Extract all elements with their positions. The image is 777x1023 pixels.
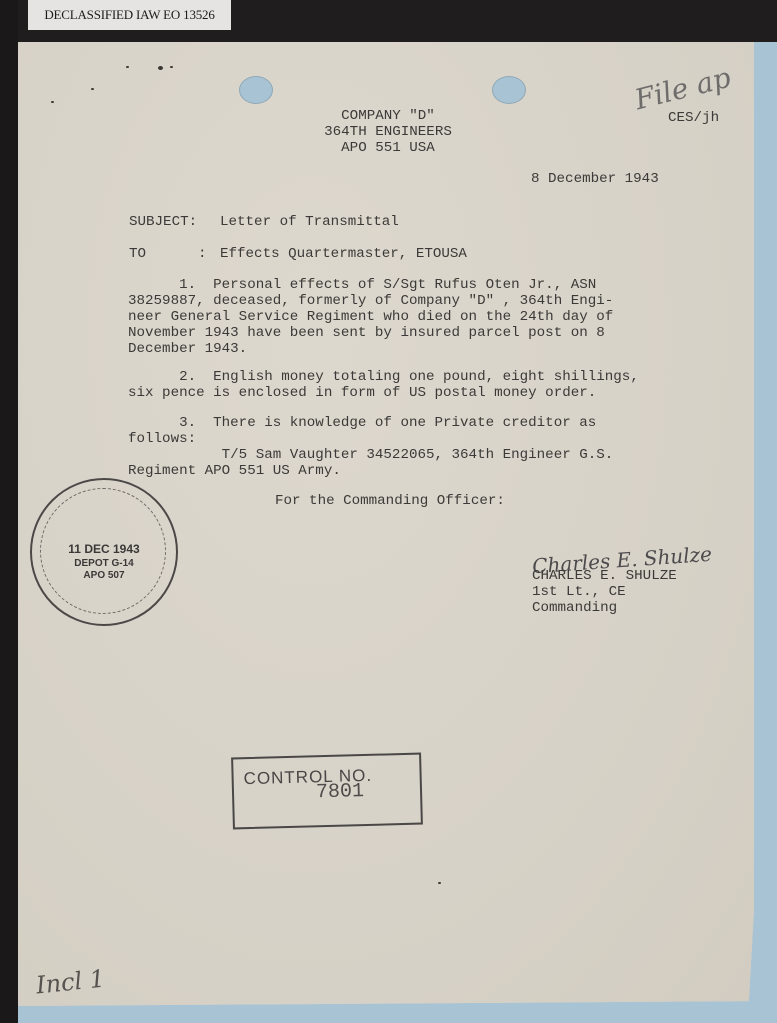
handwritten-enclosure-note: Incl 1 [35,964,107,999]
paragraph-line: Regiment APO 551 US Army. [128,463,613,479]
to-value: Effects Quartermaster, ETOUSA [220,246,467,262]
paragraph-line: T/5 Sam Vaughter 34522065, 364th Enginee… [128,447,613,463]
postmark-apo: APO 507 [32,570,176,581]
paper-speck [438,882,441,884]
paragraph-line: 3. There is knowledge of one Private cre… [128,415,613,431]
signer-title: Commanding [532,600,677,616]
subject-value: Letter of Transmittal [220,214,399,230]
paragraph-1: 1. Personal effects of S/Sgt Rufus Oten … [128,277,613,357]
to-colon: : [198,246,207,262]
paragraph-2: 2. English money totaling one pound, eig… [128,369,639,401]
handwritten-file-note: File ap [631,61,734,117]
control-number-stamp: CONTROL NO. 7801 [231,753,423,830]
letterhead-company: COMPANY "D" [308,108,468,124]
letterhead-apo: APO 551 USA [308,140,468,156]
paragraph-line: six pence is enclosed in form of US post… [128,385,639,401]
signature-block: CHARLES E. SHULZE 1st Lt., CE Commanding [532,568,677,616]
paper-speck [158,66,163,70]
subject-label: SUBJECT: [129,214,197,230]
paper-speck [91,88,94,90]
closing-line: For the Commanding Officer: [275,493,505,509]
letterhead: COMPANY "D" 364TH ENGINEERS APO 551 USA [308,108,468,156]
to-label: TO [129,246,146,262]
paragraph-3: 3. There is knowledge of one Private cre… [128,415,613,479]
paragraph-line: 2. English money totaling one pound, eig… [128,369,639,385]
paragraph-line: follows: [128,431,613,447]
postmark-date: 11 DEC 1943 [32,542,176,556]
paragraph-line: November 1943 have been sent by insured … [128,325,613,341]
punch-hole-right [492,76,526,104]
paper-speck [51,101,54,103]
paragraph-line: 1. Personal effects of S/Sgt Rufus Oten … [128,277,613,293]
paragraph-line: December 1943. [128,341,613,357]
scanner-frame-left [0,0,18,1023]
postmark-depot: DEPOT G-14 [32,558,176,569]
signer-rank: 1st Lt., CE [532,584,677,600]
paper-speck [170,66,173,68]
letterhead-unit: 364TH ENGINEERS [308,124,468,140]
control-number: 7801 [316,780,365,804]
signer-name: CHARLES E. SHULZE [532,568,677,584]
letter-date: 8 December 1943 [531,171,659,187]
punch-hole-left [239,76,273,104]
reference-initials: CES/jh [668,110,719,126]
postmark-stamp: 11 DEC 1943 DEPOT G-14 APO 507 [30,478,178,626]
paragraph-line: 38259887, deceased, formerly of Company … [128,293,613,309]
paragraph-line: neer General Service Regiment who died o… [128,309,613,325]
declassification-label: DECLASSIFIED IAW EO 13526 [28,0,231,30]
paper-speck [126,66,129,68]
